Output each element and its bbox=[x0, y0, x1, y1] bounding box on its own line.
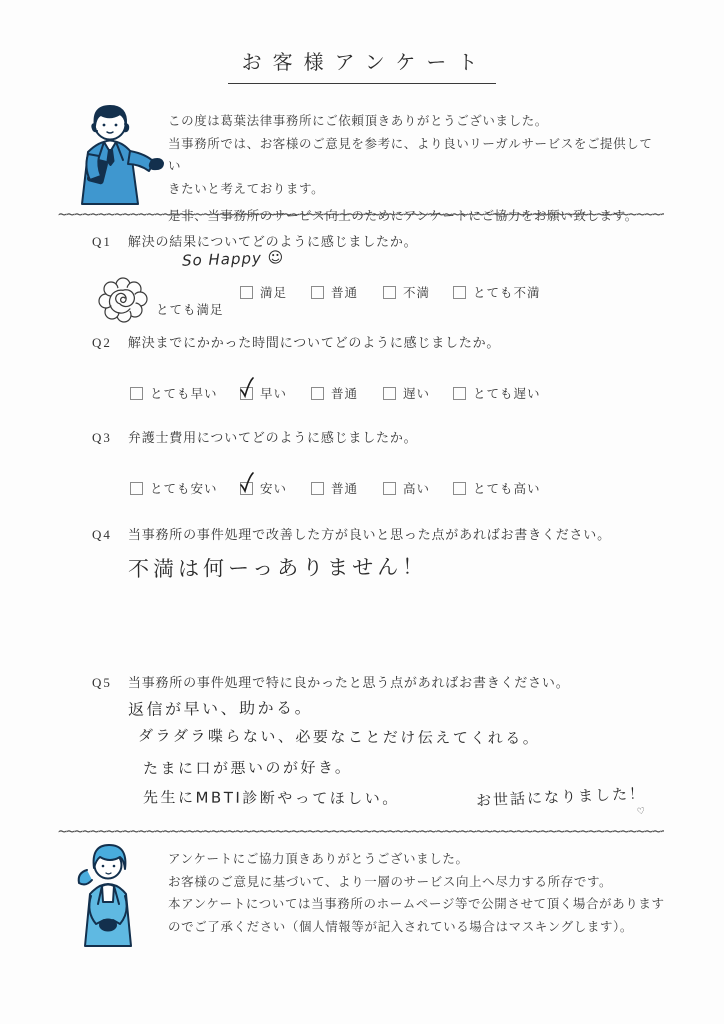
checkbox[interactable] bbox=[383, 286, 396, 299]
q1-option-neutral[interactable]: 普通 bbox=[311, 283, 358, 301]
handwritten-check-icon bbox=[239, 377, 255, 399]
page-title: お客様アンケート bbox=[228, 46, 497, 84]
q2-id: Q2 bbox=[92, 335, 112, 351]
q5-handwritten-answer-2: ダラダラ喋らない、必要なことだけ伝えてくれる。 bbox=[138, 725, 540, 749]
q4-text: 当事務所の事件処理で改善した方が良いと思った点があればお書きください。 bbox=[128, 527, 611, 542]
q3-option-label: とても高い bbox=[473, 479, 541, 497]
handwritten-closing-note: お世話になりました！ bbox=[476, 782, 647, 810]
q2-option-label: 普通 bbox=[331, 384, 358, 402]
businessman-icon bbox=[54, 98, 166, 208]
q1-option-label: とても不満 bbox=[473, 283, 541, 301]
q2-option-slow[interactable]: 遅い bbox=[383, 384, 430, 402]
q2-option-neutral[interactable]: 普通 bbox=[311, 384, 358, 402]
wavy-divider-top: ~~~~~~~~~~~~~~~~~~~~~~~~~~~~~~~~~~~~~~~~… bbox=[58, 207, 664, 223]
q1-option-dissatisfied[interactable]: 不満 bbox=[383, 283, 430, 301]
checkbox[interactable] bbox=[383, 387, 396, 400]
q4-id: Q4 bbox=[92, 527, 112, 543]
q1-id: Q1 bbox=[92, 234, 112, 250]
q3-option-very-expensive[interactable]: とても高い bbox=[453, 479, 541, 497]
q2-label: Q2解決までにかかった時間についてどのように感じましたか。 bbox=[92, 332, 500, 351]
q1-options: とても満足 満足 普通 不満 とても不満 bbox=[0, 283, 724, 305]
footer-paragraph: アンケートにご協力頂きありがとうございました。 お客様のご意見に基づいて、より一… bbox=[168, 848, 668, 938]
q3-option-label: とても安い bbox=[150, 479, 218, 497]
q3-id: Q3 bbox=[92, 430, 112, 446]
checkbox[interactable] bbox=[453, 286, 466, 299]
q5-id: Q5 bbox=[92, 675, 112, 691]
q1-option-label: 不満 bbox=[403, 283, 430, 301]
q2-option-label: とても遅い bbox=[473, 384, 541, 402]
checkbox[interactable] bbox=[311, 387, 324, 400]
footer-line-1: アンケートにご協力頂きありがとうございました。 bbox=[168, 848, 668, 871]
q2-option-very-slow[interactable]: とても遅い bbox=[453, 384, 541, 402]
q1-label: Q1解決の結果についてどのように感じましたか。 bbox=[92, 231, 417, 250]
checkbox[interactable] bbox=[383, 482, 396, 495]
q2-option-label: 遅い bbox=[403, 384, 430, 402]
businessman-illustration bbox=[54, 98, 166, 213]
q4-label: Q4当事務所の事件処理で改善した方が良いと思った点があればお書きください。 bbox=[92, 524, 611, 543]
checkbox[interactable] bbox=[130, 387, 143, 400]
handwritten-check-icon bbox=[239, 472, 255, 494]
q2-text: 解決までにかかった時間についてどのように感じましたか。 bbox=[128, 335, 500, 350]
q1-text: 解決の結果についてどのように感じましたか。 bbox=[128, 234, 418, 249]
q1-option-very-satisfied[interactable]: とても満足 bbox=[98, 283, 224, 334]
q3-options: とても安い 安い 普通 高い とても高い bbox=[0, 479, 724, 501]
q3-option-neutral[interactable]: 普通 bbox=[311, 479, 358, 497]
checkbox[interactable] bbox=[130, 482, 143, 495]
q5-handwritten-answer-4: 先生にMBTI診断やってほしい。 bbox=[143, 786, 400, 808]
q5-text: 当事務所の事件処理で特に良かったと思う点があればお書きください。 bbox=[128, 675, 570, 690]
q3-text: 弁護士費用についてどのように感じましたか。 bbox=[128, 430, 418, 445]
intro-line-3: きたいと考えております。 bbox=[168, 178, 654, 201]
q1-option-very-dissatisfied[interactable]: とても不満 bbox=[453, 283, 541, 301]
q3-option-label: 安い bbox=[260, 479, 287, 497]
q1-option-label: 満足 bbox=[260, 283, 287, 301]
businesswoman-icon bbox=[58, 836, 156, 950]
footer-line-3: 本アンケートについては当事務所のホームページ等で公開させて頂く場合があります bbox=[168, 893, 668, 916]
q2-option-fast[interactable]: 早い bbox=[240, 384, 287, 402]
footer-line-4: のでご了承ください（個人情報等が記入されている場合はマスキングします）。 bbox=[168, 916, 668, 939]
q3-option-label: 普通 bbox=[331, 479, 358, 497]
checkbox[interactable] bbox=[453, 387, 466, 400]
q2-options: とても早い 早い 普通 遅い とても遅い bbox=[0, 384, 724, 406]
q2-option-label: 早い bbox=[260, 384, 287, 402]
checkbox[interactable] bbox=[311, 286, 324, 299]
q1-option-label: とても満足 bbox=[156, 300, 224, 318]
intro-line-2: 当事務所では、お客様のご意見を参考に、より良いリーガルサービスをご提供してい bbox=[168, 133, 654, 178]
checkbox[interactable] bbox=[453, 482, 466, 495]
title-wrap: お客様アンケート bbox=[0, 46, 724, 84]
intro-line-1: この度は葛葉法律事務所にご依頼頂きありがとうございました。 bbox=[168, 110, 654, 133]
businesswoman-illustration bbox=[58, 836, 156, 955]
q5-handwritten-answer-1: 返信が早い、助かる。 bbox=[128, 695, 313, 720]
footer-line-2: お客様のご意見に基づいて、より一層のサービス向上へ尽力する所存です。 bbox=[168, 871, 668, 894]
survey-page: お客様アンケート bbox=[0, 0, 724, 1024]
q1-option-satisfied[interactable]: 満足 bbox=[240, 283, 287, 301]
q4-handwritten-answer: 不満は何ーっありません！ bbox=[128, 551, 427, 584]
q5-label: Q5当事務所の事件処理で特に良かったと思う点があればお書きください。 bbox=[92, 672, 570, 691]
q1-handwritten-note: So Happy ☺ bbox=[182, 248, 285, 270]
q2-option-very-fast[interactable]: とても早い bbox=[130, 384, 218, 402]
q2-option-label: とても早い bbox=[150, 384, 218, 402]
heart-doodle: ♡ bbox=[636, 805, 646, 817]
q1-option-label: 普通 bbox=[331, 283, 358, 301]
flower-doodle-icon bbox=[98, 277, 148, 328]
checkbox[interactable] bbox=[311, 482, 324, 495]
q3-label: Q3弁護士費用についてどのように感じましたか。 bbox=[92, 427, 417, 446]
q3-option-cheap[interactable]: 安い bbox=[240, 479, 287, 497]
q5-handwritten-answer-3: たまに口が悪いのが好き。 bbox=[143, 756, 353, 778]
q3-option-expensive[interactable]: 高い bbox=[383, 479, 430, 497]
checkbox[interactable] bbox=[240, 286, 253, 299]
q3-option-label: 高い bbox=[403, 479, 430, 497]
q3-option-very-cheap[interactable]: とても安い bbox=[130, 479, 218, 497]
